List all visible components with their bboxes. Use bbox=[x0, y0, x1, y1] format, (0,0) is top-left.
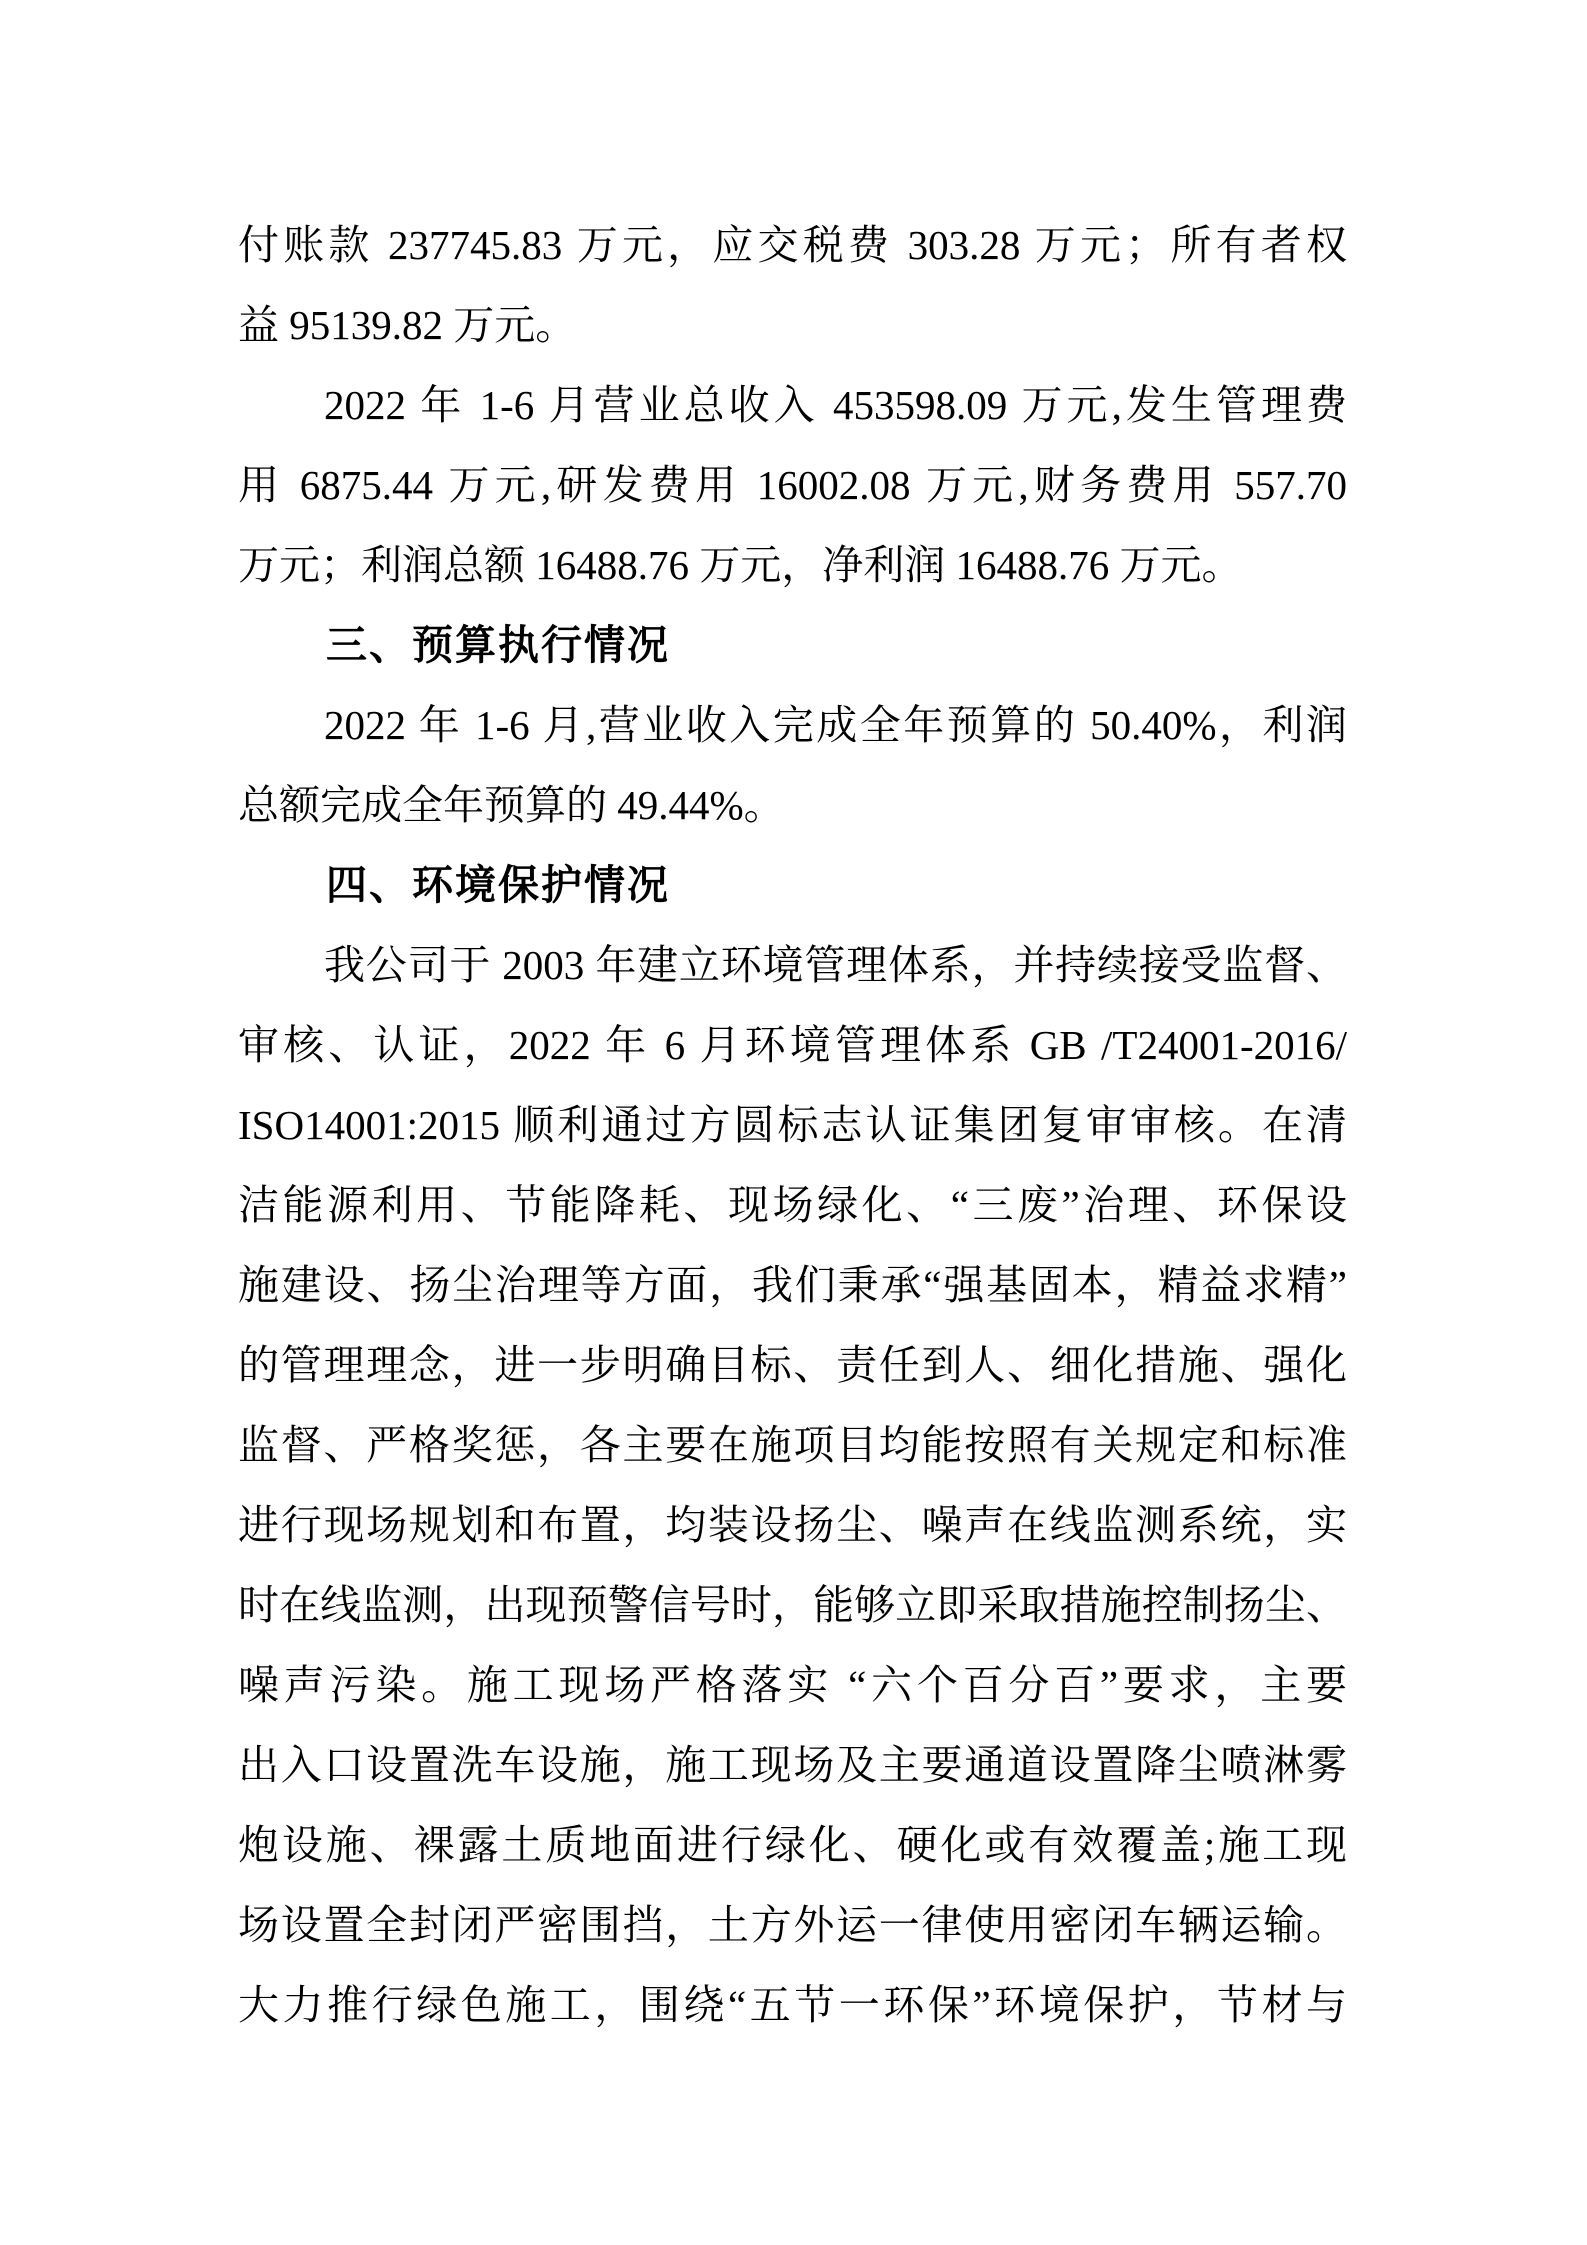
section-heading-budget-execution: 三、预算执行情况 bbox=[238, 605, 1347, 685]
body-line-paragraph-start: 2022 年 1-6 月,营业收入完成全年预算的 50.40%，利润 bbox=[238, 685, 1347, 765]
body-line-paragraph-end: 万元；利润总额 16488.76 万元，净利润 16488.76 万元。 bbox=[238, 525, 1347, 605]
body-line-paragraph-end: 益 95139.82 万元。 bbox=[238, 285, 1347, 365]
body-line: 付账款 237745.83 万元，应交税费 303.28 万元；所有者权 bbox=[238, 205, 1347, 285]
body-line: 进行现场规划和布置，均装设扬尘、噪声在线监测系统，实 bbox=[238, 1485, 1347, 1565]
document-page: 付账款 237745.83 万元，应交税费 303.28 万元；所有者权 益 9… bbox=[0, 0, 1587, 2245]
body-line-paragraph-start: 我公司于 2003 年建立环境管理体系，并持续接受监督、 bbox=[238, 925, 1347, 1005]
body-line-paragraph-end: 总额完成全年预算的 49.44%。 bbox=[238, 765, 1347, 845]
body-line: 洁能源利用、节能降耗、现场绿化、“三废”治理、环保设 bbox=[238, 1165, 1347, 1245]
body-line: 施建设、扬尘治理等方面，我们秉承“强基固本，精益求精” bbox=[238, 1245, 1347, 1325]
body-line: 用 6875.44 万元,研发费用 16002.08 万元,财务费用 557.7… bbox=[238, 445, 1347, 525]
body-line-paragraph-start: 2022 年 1-6 月营业总收入 453598.09 万元,发生管理费 bbox=[238, 365, 1347, 445]
body-line: 场设置全封闭严密围挡，土方外运一律使用密闭车辆运输。 bbox=[238, 1885, 1347, 1965]
body-line: 的管理理念，进一步明确目标、责任到人、细化措施、强化 bbox=[238, 1325, 1347, 1405]
body-line: 时在线监测，出现预警信号时，能够立即采取措施控制扬尘、 bbox=[238, 1565, 1347, 1645]
body-line: 出入口设置洗车设施，施工现场及主要通道设置降尘喷淋雾 bbox=[238, 1725, 1347, 1805]
body-line: 噪声污染。施工现场严格落实 “六个百分百”要求，主要 bbox=[238, 1645, 1347, 1725]
body-line: 监督、严格奖惩，各主要在施项目均能按照有关规定和标准 bbox=[238, 1405, 1347, 1485]
body-line: 审核、认证，2022 年 6 月环境管理体系 GB /T24001-2016/ bbox=[238, 1005, 1347, 1085]
body-line: 大力推行绿色施工，围绕“五节一环保”环境保护，节材与 bbox=[238, 1965, 1347, 2045]
section-heading-environment: 四、环境保护情况 bbox=[238, 845, 1347, 925]
body-line: ISO14001:2015 顺利通过方圆标志认证集团复审审核。在清 bbox=[238, 1085, 1347, 1165]
body-line: 炮设施、裸露土质地面进行绿化、硬化或有效覆盖;施工现 bbox=[238, 1805, 1347, 1885]
